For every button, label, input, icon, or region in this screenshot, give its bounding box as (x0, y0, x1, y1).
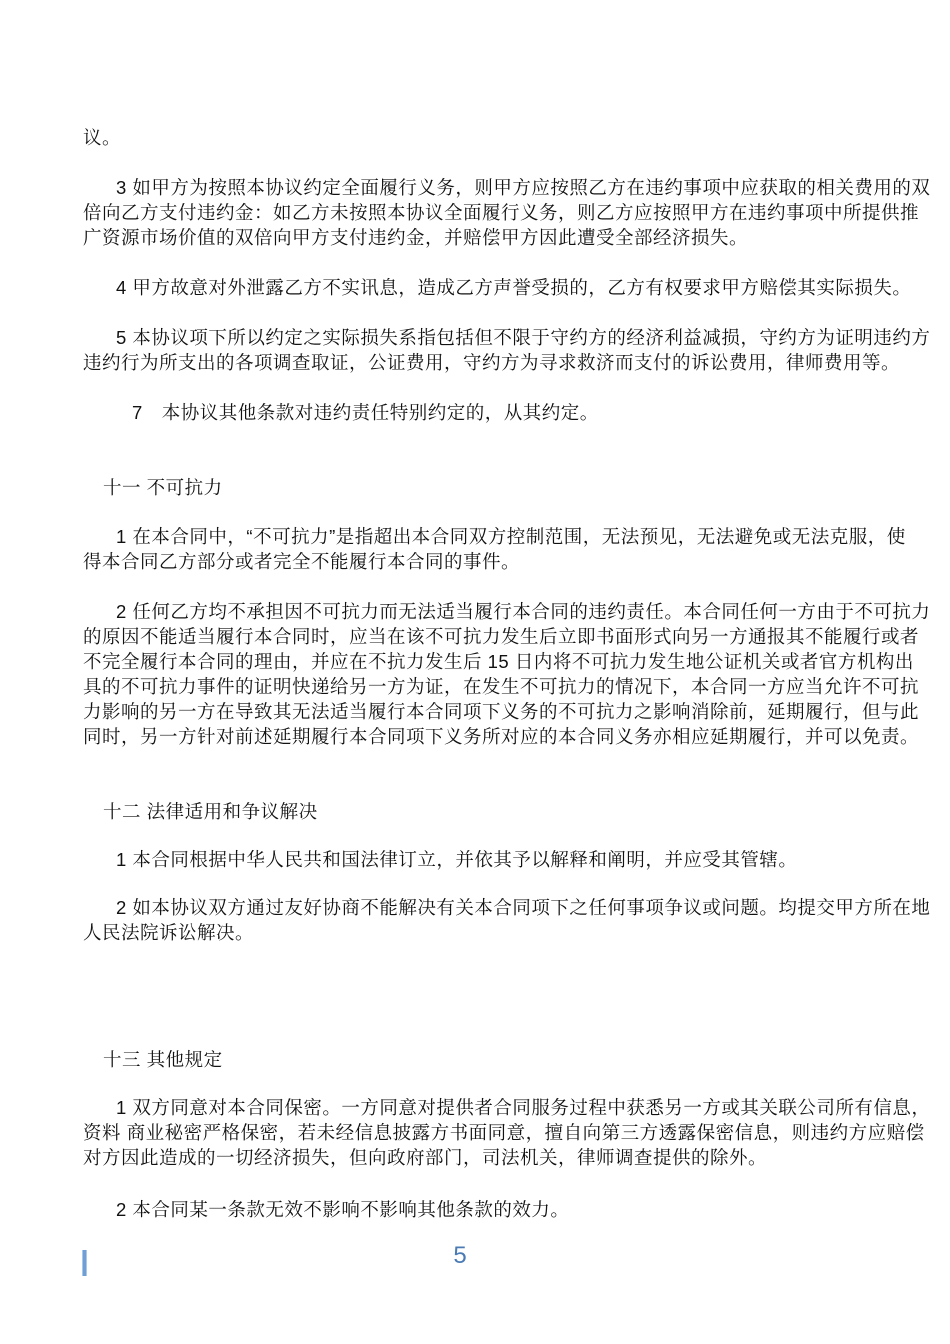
section-force-majeure: 十一 不可抗力 (83, 475, 883, 500)
paragraph-line: 1 在本合同中，“不可抗力”是指超出本合同双方控制范围，无法预见，无法避免或无法… (83, 524, 883, 549)
force-majeure-clause-2: 2 任何乙方均不承担因不可抗力而无法适当履行本合同的违约责任。本合同任何一方由于… (83, 599, 883, 749)
section-misc: 十三 其他规定 (83, 1047, 883, 1072)
paragraph-line: 3 如甲方为按照本协议约定全面履行义务，则甲方应按照乙方在违约事项中应获取的相关… (83, 175, 883, 200)
paragraph-line: 对方因此造成的一切经济损失，但向政府部门，司法机关，律师调查提供的除外。 (83, 1145, 883, 1170)
paragraph-line: 2 任何乙方均不承担因不可抗力而无法适当履行本合同的违约责任。本合同任何一方由于… (83, 599, 883, 624)
breach-clause-7: 7 本协议其他条款对违约责任特别约定的，从其约定。 (83, 400, 883, 425)
section-heading-misc: 十三 其他规定 (83, 1047, 883, 1072)
paragraph-line: 4 甲方故意对外泄露乙方不实讯息，造成乙方声誉受损的，乙方有权要求甲方赔偿其实际… (83, 275, 883, 300)
section-law-disputes: 十二 法律适用和争议解决 (83, 799, 883, 824)
paragraph-line: 人民法院诉讼解决。 (83, 920, 883, 945)
misc-clause-2: 2 本合同某一条款无效不影响不影响其他条款的效力。 (83, 1197, 883, 1222)
paragraph-line: 力影响的另一方在导致其无法适当履行本合同项下义务的不可抗力之影响消除前，延期履行… (83, 699, 883, 724)
force-majeure-clause-1: 1 在本合同中，“不可抗力”是指超出本合同双方控制范围，无法预见，无法避免或无法… (83, 524, 883, 574)
paragraph-line: 得本合同乙方部分或者完全不能履行本合同的事件。 (83, 549, 883, 574)
breach-clause-5: 5 本协议项下所以约定之实际损失系指包括但不限于守约方的经济利益减损，守约方为证… (83, 325, 883, 375)
paragraph-line: 广资源市场价值的双倍向甲方支付违约金，并赔偿甲方因此遭受全部经济损失。 (83, 225, 883, 250)
paragraph-line: 倍向乙方支付违约金：如乙方未按照本协议全面履行义务，则乙方应按照甲方在违约事项中… (83, 200, 883, 225)
paragraph-line: 5 本协议项下所以约定之实际损失系指包括但不限于守约方的经济利益减损，守约方为证… (83, 325, 883, 350)
paragraph-line: 违约行为所支出的各项调查取证，公证费用，守约方为寻求救济而支付的诉讼费用，律师费… (83, 350, 883, 375)
paragraph-line: 具的不可抗力事件的证明快递给另一方为证，在发生不可抗力的情况下，本合同一方应当允… (83, 674, 883, 699)
text-cursor[interactable] (82, 1250, 87, 1276)
misc-clause-1: 1 双方同意对本合同保密。一方同意对提供者合同服务过程中获悉另一方或其关联公司所… (83, 1095, 883, 1170)
breach-clause-4: 4 甲方故意对外泄露乙方不实讯息，造成乙方声誉受损的，乙方有权要求甲方赔偿其实际… (83, 275, 883, 300)
paragraph-line: 不完全履行本合同的理由，并应在不抗力发生后 15 日内将不可抗力发生地公证机关或… (83, 649, 883, 674)
law-clause-2: 2 如本协议双方通过友好协商不能解决有关本合同项下之任何事项争议或问题。均提交甲… (83, 895, 883, 945)
paragraph-line: 同时，另一方针对前述延期履行本合同项下义务所对应的本合同义务亦相应延期履行，并可… (83, 724, 883, 749)
section-heading-force-majeure: 十一 不可抗力 (83, 475, 883, 500)
paragraph-line: 1 本合同根据中华人民共和国法律订立，并依其予以解释和阐明，并应受其管辖。 (83, 847, 883, 872)
breach-clause-3: 3 如甲方为按照本协议约定全面履行义务，则甲方应按照乙方在违约事项中应获取的相关… (83, 175, 883, 250)
paragraph-line: 议。 (83, 125, 883, 150)
paragraph-line: 7 本协议其他条款对违约责任特别约定的，从其约定。 (83, 400, 883, 425)
paragraph-line: 的原因不能适当履行本合同时，应当在该不可抗力发生后立即书面形式向另一方通报其不能… (83, 624, 883, 649)
carryover-paragraph: 议。 (83, 125, 883, 150)
paragraph-line: 1 双方同意对本合同保密。一方同意对提供者合同服务过程中获悉另一方或其关联公司所… (83, 1095, 883, 1120)
contract-document-page: 议。 3 如甲方为按照本协议约定全面履行义务，则甲方应按照乙方在违约事项中应获取… (0, 0, 950, 1344)
section-heading-law-disputes: 十二 法律适用和争议解决 (83, 799, 883, 824)
paragraph-line: 2 本合同某一条款无效不影响不影响其他条款的效力。 (83, 1197, 883, 1222)
paragraph-line: 2 如本协议双方通过友好协商不能解决有关本合同项下之任何事项争议或问题。均提交甲… (83, 895, 883, 920)
law-clause-1: 1 本合同根据中华人民共和国法律订立，并依其予以解释和阐明，并应受其管辖。 (83, 847, 883, 872)
paragraph-line: 资料 商业秘密严格保密，若未经信息披露方书面同意，擅自向第三方透露保密信息，则违… (83, 1120, 883, 1145)
page-number: 5 (440, 1241, 480, 1271)
